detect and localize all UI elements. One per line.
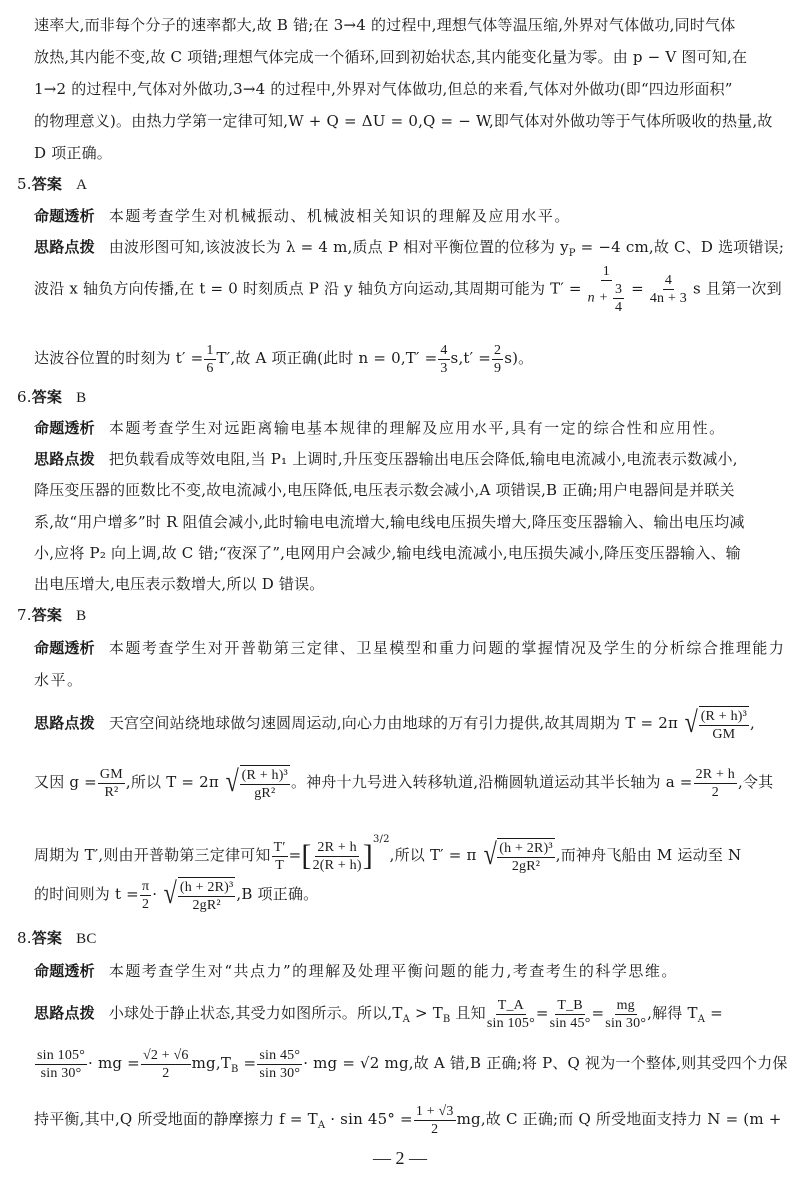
right-bracket: ]	[363, 839, 373, 872]
fraction: 29	[492, 342, 503, 377]
numerator: 4	[438, 342, 449, 360]
numerator: 1	[601, 263, 612, 281]
denominator: 2	[712, 784, 719, 801]
q5-number: 5.	[17, 175, 32, 193]
numerator: mg	[615, 997, 637, 1015]
q4-line-5: D 项正确。	[34, 143, 784, 163]
radical-sign: √	[226, 765, 239, 802]
q8-analysis: 命题透析本题考查学生对“共点力”的理解及处理平衡问题的能力,考查考生的科学思维。	[34, 961, 784, 981]
fraction: 2R + h2(R + h)	[313, 839, 362, 874]
q8-solution-text: · mg =	[88, 1054, 140, 1072]
q5-solution-3: 达波谷位置的时刻为 t′ =16T′,故 A 项正确(此时 n = 0,T′ =…	[34, 340, 784, 377]
q5-analysis-text: 本题考查学生对机械振动、机械波相关知识的理解及应用水平。	[109, 207, 571, 225]
numerator: (R + h)³	[699, 708, 749, 726]
q5-solution-text: s)。	[504, 349, 533, 367]
exponent: 3/2	[373, 834, 390, 845]
fraction: 2R + h2	[694, 766, 737, 801]
denominator: sin 45°	[550, 1015, 591, 1032]
q4-line-3: 1→2 的过程中,气体对外做功,3→4 的过程中,外界对气体做功,但总的来看,气…	[34, 79, 784, 99]
fraction: T_Asin 105°	[487, 997, 535, 1032]
numerator: 2	[492, 342, 503, 360]
q7-solution-text: 。神舟十九号进入转移轨道,沿椭圆轨道运动其半长轴为 a =	[291, 773, 693, 791]
fraction: (R + h)³gR²	[240, 765, 290, 802]
radical-sign: √	[164, 877, 177, 914]
q7-heading: 7.答案B	[17, 605, 784, 626]
q6-solution-4: 小,应将 P₂ 向上调,故 C 错;“夜深了”,电网用户会减少,输电线电流减小,…	[34, 543, 784, 563]
denominator: 9	[494, 360, 501, 377]
fraction: mgsin 30°	[605, 997, 646, 1032]
q7-solution-text: 的时间则为 t =	[34, 885, 139, 903]
q8-heading: 8.答案BC	[17, 928, 784, 949]
q6-solution-3: 系,故“用户增多”时 R 阻值会减小,此时输电电流增大,输电线电压损失增大,降压…	[34, 512, 784, 532]
subscript: B	[231, 1064, 239, 1075]
denominator: 6	[206, 360, 213, 377]
q7-solution-2: 又因 g =GMR²,所以 T = 2π √(R + h)³gR²。神舟十九号进…	[34, 764, 784, 802]
q8-analysis-text: 本题考查学生对“共点力”的理解及处理平衡问题的能力,考查考生的科学思维。	[109, 962, 678, 980]
radical-sign: √	[685, 706, 698, 743]
denominator: 3	[440, 360, 447, 377]
q7-solution-text: ,令其	[738, 773, 773, 791]
subscript: A	[698, 1014, 705, 1025]
multiply-dot: ·	[152, 885, 157, 903]
numerator: π	[140, 878, 151, 896]
q7-solution-text: 又因 g =	[34, 773, 97, 791]
numerator: (R + h)³	[240, 767, 290, 785]
denominator: sin 30°	[605, 1015, 646, 1032]
q7-solution-text: ,而神舟飞船由 M 运动至 N	[556, 846, 742, 864]
denominator: 4n + 3	[650, 290, 687, 307]
q5-solution-text: 波沿 x 轴负方向传播,在 t = 0 时刻质点 P 沿 y 轴负方向运动,其周…	[34, 280, 582, 298]
q8-solution-text: · sin 45° =	[325, 1110, 413, 1128]
q6-heading: 6.答案B	[17, 387, 784, 408]
denominator: sin 30°	[41, 1065, 82, 1082]
q7-solution-text: ,所以 T′ = π	[390, 846, 477, 864]
numerator: (h + 2R)³	[497, 840, 555, 858]
q6-analysis-text: 本题考查学生对远距离输电基本规律的理解及应用水平,具有一定的综合性和应用性。	[109, 419, 726, 437]
analysis-label: 命题透析	[34, 962, 95, 980]
q8-solution-text: =	[239, 1054, 257, 1072]
q8-solution-text: > T	[410, 1004, 443, 1022]
q5-solution-text: 由波形图可知,该波波长为 λ = 4 m,质点 P 相对平衡位置的位移为 y	[109, 238, 569, 256]
numerator: GM	[98, 766, 125, 784]
solution-label: 思路点拨	[34, 238, 95, 256]
radical-sign: √	[483, 838, 496, 875]
numerator: sin 105°	[35, 1047, 87, 1065]
q6-analysis: 命题透析本题考查学生对远距离输电基本规律的理解及应用水平,具有一定的综合性和应用…	[34, 418, 784, 438]
denominator: R²	[104, 784, 118, 801]
q7-number: 7.	[17, 606, 32, 624]
solution-label: 思路点拨	[34, 1004, 95, 1022]
denominator-term: n +	[588, 291, 609, 306]
q7-solution-text: 周期为 T′,则由开普勒第三定律可知	[34, 846, 271, 864]
subscript: A	[403, 1014, 410, 1025]
q8-solution-text: 小球处于静止状态,其受力如图所示。所以,T	[109, 1004, 403, 1022]
q5-solution-text: = −4 cm,故 C、D 选项错误;	[576, 238, 784, 256]
q6-solution-2: 降压变压器的匝数比不变,故电流减小,电压降低,电压表示数会减小,A 项错误,B …	[34, 480, 784, 500]
q8-answer: BC	[76, 931, 96, 947]
fraction: 1 n + 34	[588, 263, 625, 316]
q8-solution-text: ,解得 T	[647, 1004, 698, 1022]
fraction: sin 105°sin 30°	[35, 1047, 87, 1082]
denominator: 2	[431, 1121, 438, 1138]
q8-solution-text: 且知	[450, 1004, 485, 1022]
q6-number: 6.	[17, 388, 32, 406]
q7-analysis-2: 水平。	[34, 670, 784, 690]
denominator: sin 30°	[259, 1065, 300, 1082]
q7-analysis-text: 本题考查学生对开普勒第三定律、卫星模型和重力问题的掌握情况及学生的分析综合推理能…	[109, 639, 786, 657]
q7-solution-text: ,所以 T = 2π	[126, 773, 219, 791]
q5-solution-2: 波沿 x 轴负方向传播,在 t = 0 时刻质点 P 沿 y 轴负方向运动,其周…	[34, 263, 784, 316]
q5-solution-1: 思路点拨由波形图可知,该波波长为 λ = 4 m,质点 P 相对平衡位置的位移为…	[34, 237, 784, 264]
denominator: 2(R + h)	[313, 857, 362, 874]
q8-solution-3: 持平衡,其中,Q 所受地面的静摩擦力 f = TA · sin 45° =1 +…	[34, 1101, 784, 1144]
q7-solution-3: 周期为 T′,则由开普勒第三定律可知T′T=[2R + h2(R + h)]3/…	[34, 822, 784, 875]
subscript: P	[569, 248, 576, 259]
left-bracket: [	[301, 839, 311, 872]
denominator: 2	[142, 896, 149, 913]
q7-solution-text: ,	[750, 714, 755, 732]
fraction: π2	[140, 878, 151, 913]
numerator: √2 + √6	[141, 1047, 191, 1065]
numerator: 2R + h	[315, 839, 358, 857]
denominator: 2	[162, 1065, 169, 1082]
answer-label: 答案	[32, 606, 62, 624]
numerator: T_B	[555, 997, 585, 1015]
q8-number: 8.	[17, 929, 32, 947]
q5-solution-text: 达波谷位置的时刻为 t′ =	[34, 349, 203, 367]
analysis-label: 命题透析	[34, 207, 95, 225]
fraction: T_Bsin 45°	[550, 997, 591, 1032]
q7-solution-4: 的时间则为 t =π2· √(h + 2R)³2gR²,B 项正确。	[34, 876, 784, 914]
q5-solution-text: s,t′ =	[451, 349, 491, 367]
fraction: sin 45°sin 30°	[257, 1047, 302, 1082]
fraction: √2 + √62	[141, 1047, 191, 1082]
q7-answer: B	[76, 608, 86, 624]
fraction: (h + 2R)³2gR²	[178, 877, 236, 914]
q7-solution-text: ,B 项正确。	[236, 885, 318, 903]
fraction: 43	[438, 342, 449, 377]
q4-line-2: 放热,其内能不变,故 C 项错;理想气体完成一个循环,回到初始状态,其内能变化量…	[34, 47, 784, 67]
q5-solution-text: s 且第一次到	[693, 280, 782, 298]
q8-solution-text: · mg = √2 mg,故 A 错,B 正确;将 P、Q 视为一个整体,则其受…	[303, 1054, 787, 1072]
solution-label: 思路点拨	[34, 714, 95, 732]
square-root: √(R + h)³GM	[683, 706, 750, 743]
square-root: √(h + 2R)³2gR²	[482, 838, 556, 875]
denominator: gR²	[254, 785, 275, 802]
square-root: √(R + h)³gR²	[224, 765, 291, 802]
denominator: 2gR²	[512, 858, 540, 875]
fraction: (R + h)³GM	[699, 706, 749, 743]
square-root: √(h + 2R)³2gR²	[162, 877, 236, 914]
q5-analysis: 命题透析本题考查学生对机械振动、机械波相关知识的理解及应用水平。	[34, 206, 784, 226]
numerator: 1	[204, 342, 215, 360]
q5-solution-text: T′,故 A 项正确(此时 n = 0,T′ =	[217, 349, 438, 367]
equals: =	[289, 846, 302, 864]
answer-label: 答案	[32, 388, 62, 406]
denominator: GM	[712, 726, 735, 743]
numerator: 2R + h	[694, 766, 737, 784]
q8-solution-text: mg,T	[192, 1054, 231, 1072]
numerator: 1 + √3	[414, 1103, 456, 1121]
q4-line-1: 速率大,而非每个分子的速率都大,故 B 错;在 3→4 的过程中,理想气体等温压…	[34, 15, 784, 35]
solution-label: 思路点拨	[34, 450, 95, 468]
answer-label: 答案	[32, 175, 62, 193]
denominator: sin 105°	[487, 1015, 535, 1032]
numerator: T_A	[496, 997, 526, 1015]
fraction: (h + 2R)³2gR²	[497, 838, 555, 875]
fraction: 1 + √32	[414, 1103, 456, 1138]
numerator: T′	[272, 839, 288, 857]
denominator: T	[275, 857, 284, 874]
q7-solution-1: 思路点拨天宫空间站绕地球做匀速圆周运动,向心力由地球的万有引力提供,故其周期为 …	[34, 705, 784, 743]
q5-heading: 5.答案A	[17, 174, 784, 195]
page-number: — 2 —	[0, 1148, 800, 1169]
numerator: sin 45°	[257, 1047, 302, 1065]
q6-solution-1: 思路点拨把负载看成等效电阻,当 P₁ 上调时,升压变压器输出电压会降低,输电电流…	[34, 449, 784, 469]
q5-answer: A	[76, 177, 87, 193]
q7-solution-text: 天宫空间站绕地球做匀速圆周运动,向心力由地球的万有引力提供,故其周期为 T = …	[109, 714, 678, 732]
q8-solution-text: 持平衡,其中,Q 所受地面的静摩擦力 f = T	[34, 1110, 318, 1128]
numerator: 3	[613, 281, 624, 299]
analysis-label: 命题透析	[34, 639, 95, 657]
denominator: n + 34	[588, 281, 625, 316]
q8-solution-text: mg,故 C 正确;而 Q 所受地面支持力 N = (m +	[457, 1110, 782, 1128]
numerator: 4	[663, 272, 674, 290]
q8-solution-2: sin 105°sin 30°· mg =√2 + √62mg,TB =sin …	[34, 1045, 784, 1088]
fraction: 34	[613, 281, 624, 316]
answer-label: 答案	[32, 929, 62, 947]
fraction: GMR²	[98, 766, 125, 801]
analysis-label: 命题透析	[34, 419, 95, 437]
fraction: 16	[204, 342, 215, 377]
denominator: 4	[615, 299, 622, 316]
q7-analysis: 命题透析本题考查学生对开普勒第三定律、卫星模型和重力问题的掌握情况及学生的分析综…	[34, 638, 784, 658]
fraction: 44n + 3	[650, 272, 687, 307]
denominator: 2gR²	[192, 897, 220, 914]
q4-line-4: 的物理意义)。由热力学第一定律可知,W + Q = ΔU = 0,Q = − W…	[34, 111, 784, 131]
q6-solution-5: 出电压增大,电压表示数增大,所以 D 错误。	[34, 574, 784, 594]
q6-solution-text: 把负载看成等效电阻,当 P₁ 上调时,升压变压器输出电压会降低,输电电流减小,电…	[109, 450, 738, 468]
q8-solution-text: =	[705, 1004, 723, 1022]
fraction: T′T	[272, 839, 288, 874]
q8-solution-1: 思路点拨小球处于静止状态,其受力如图所示。所以,TA > TB 且知T_Asin…	[34, 995, 784, 1038]
q6-answer: B	[76, 390, 86, 406]
numerator: (h + 2R)³	[178, 879, 236, 897]
